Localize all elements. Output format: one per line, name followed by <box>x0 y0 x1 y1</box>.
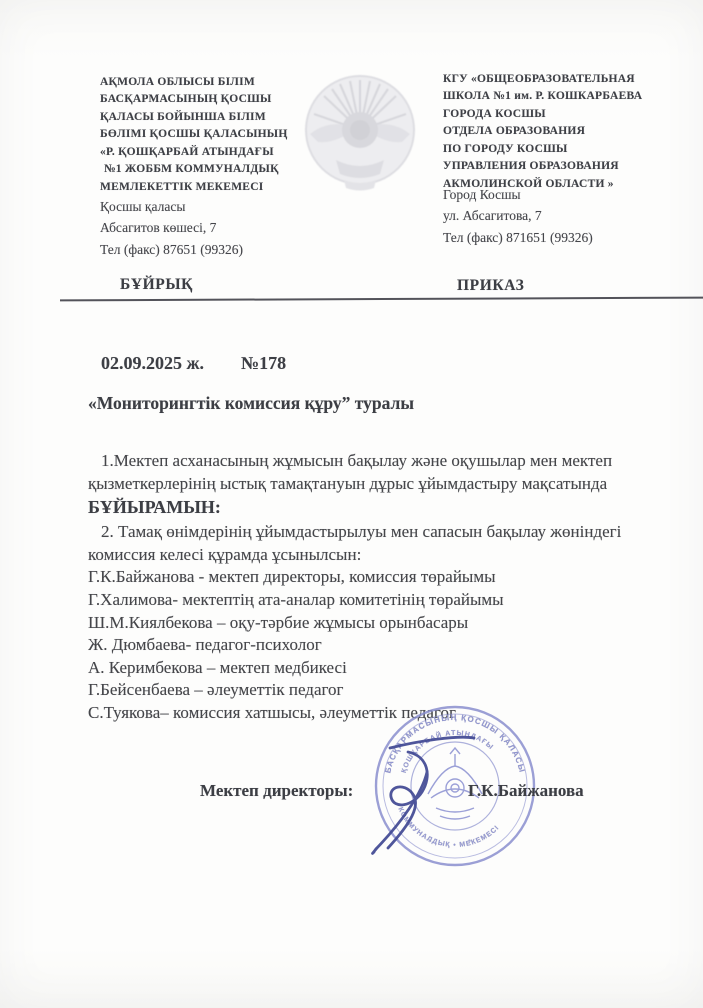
org-name-russian: КГУ «ОБЩЕОБРАЗОВАТЕЛЬНАЯ ШКОЛА №1 им. Р.… <box>443 71 668 193</box>
addr-kz-line: Қосшы қаласы <box>100 196 330 217</box>
order-word-kazakh: БҰЙРЫҚ <box>120 276 193 294</box>
addr-ru-line: Город Косшы <box>443 184 673 205</box>
org-kz-line: БАСҚАРМАСЫНЫҢ ҚОСШЫ <box>100 91 325 108</box>
commission-member: Г.К.Байжанова - мектеп директоры, комисс… <box>88 566 646 589</box>
addr-ru-line: ул. Абсагитова, 7 <box>443 205 673 226</box>
kazakhstan-emblem-watermark-icon <box>296 68 424 200</box>
org-name-kazakh: АҚМОЛА ОБЛЫСЫ БІЛІМ БАСҚАРМАСЫНЫҢ ҚОСШЫ … <box>100 74 325 196</box>
commission-member: Г.Халимова- мектептің ата-аналар комитет… <box>88 589 646 612</box>
org-kz-line: МЕМЛЕКЕТТІК МЕКЕМЕСІ <box>100 179 325 196</box>
org-kz-line: №1 ЖОББМ КОММУНАЛДЫҚ <box>100 161 325 178</box>
org-ru-line: ОТДЕЛА ОБРАЗОВАНИЯ <box>443 123 668 140</box>
document-title: «Мониторингтік комиссия құру” туралы <box>88 393 414 414</box>
commission-member: А. Керимбекова – мектеп медбикесі <box>88 657 646 680</box>
org-kz-line: БӨЛІМІ ҚОСШЫ ҚАЛАСЫНЫҢ <box>100 126 325 143</box>
order-date: 02.09.2025 ж. <box>101 353 204 374</box>
svg-text:*: * <box>468 838 472 846</box>
body-paragraph-2: 2. Тамақ өнімдерінің ұйымдастырылуы мен … <box>88 521 646 566</box>
imperative-word: БҰЙЫРАМЫН: <box>88 496 646 520</box>
org-ru-line: УПРАВЛЕНИЯ ОБРАЗОВАНИЯ <box>443 158 668 175</box>
org-kz-line: «Р. ҚОШҚАРБАЙ АТЫНДАҒЫ <box>100 144 325 161</box>
svg-text:*: * <box>428 838 432 846</box>
director-name: Г.К.Байжанова <box>468 781 584 801</box>
addr-ru-line: Тел (факс) 871651 (99326) <box>443 227 673 248</box>
order-body: 1.Мектеп асханасының жұмысын бақылау жән… <box>88 450 646 725</box>
org-ru-line: ПО ГОРОДУ КОСШЫ <box>443 141 668 158</box>
order-word-russian: ПРИКАЗ <box>457 277 524 295</box>
commission-member: Ж. Дюмбаева- педагог-психолог <box>88 634 646 657</box>
org-kz-line: АҚМОЛА ОБЛЫСЫ БІЛІМ <box>100 74 325 91</box>
header-divider-rule <box>60 297 703 302</box>
org-ru-line: КГУ «ОБЩЕОБРАЗОВАТЕЛЬНАЯ <box>443 71 668 88</box>
scanned-order-document: АҚМОЛА ОБЛЫСЫ БІЛІМ БАСҚАРМАСЫНЫҢ ҚОСШЫ … <box>0 0 703 1008</box>
order-number: №178 <box>241 353 286 374</box>
addr-kz-line: Тел (факс) 87651 (99326) <box>100 239 330 260</box>
address-russian: Город Косшы ул. Абсагитова, 7 Тел (факс)… <box>443 184 673 248</box>
address-kazakh: Қосшы қаласы Абсагитов көшесі, 7 Тел (фа… <box>100 196 330 260</box>
org-ru-line: ШКОЛА №1 им. Р. КОШКАРБАЕВА <box>443 88 668 105</box>
commission-member: Ш.М.Киялбекова – оқу-тәрбие жұмысы орынб… <box>88 612 646 635</box>
org-kz-line: ҚАЛАСЫ БОЙЫНША БІЛІМ <box>100 109 325 126</box>
org-ru-line: ГОРОДА КОСШЫ <box>443 106 668 123</box>
body-paragraph-1: 1.Мектеп асханасының жұмысын бақылау жән… <box>88 450 646 495</box>
addr-kz-line: Абсагитов көшесі, 7 <box>100 217 330 238</box>
